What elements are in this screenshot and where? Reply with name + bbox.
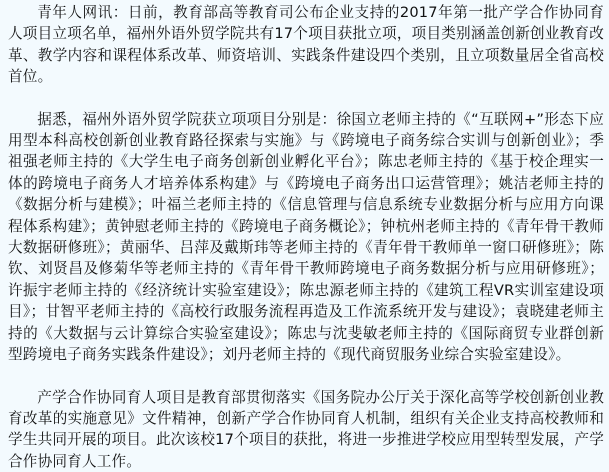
article-paragraph-project-list: 据悉，福州外语外贸学院获立项项目分别是：徐国立老师主持的《“互联网+”形态下应用… bbox=[8, 109, 604, 366]
article-paragraph-summary: 产学合作协同育人项目是教育部贯彻落实《国务院办公厅关于深化高等学校创新创业教育改… bbox=[8, 387, 604, 455]
article-paragraph-intro: 青年人网讯：日前，教育部高等教育司公布企业支持的2017年第一批产学合作协同育人… bbox=[8, 2, 604, 88]
news-article: 青年人网讯：日前，教育部高等教育司公布企业支持的2017年第一批产学合作协同育人… bbox=[8, 2, 604, 454]
